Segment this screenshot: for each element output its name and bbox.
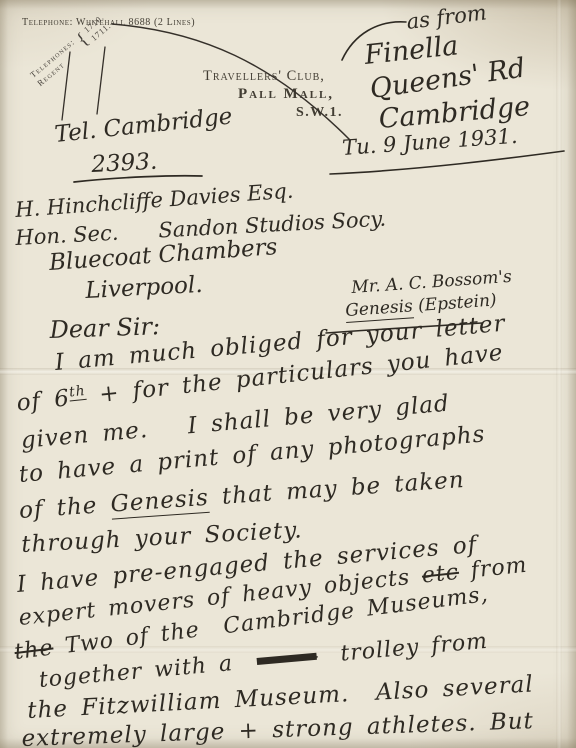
- letterhead-district: S.W.1.: [296, 105, 343, 121]
- scribbled-out-word: ———: [256, 644, 318, 674]
- ordinal-suffix: th: [68, 383, 86, 402]
- body-line-5-start: of the: [18, 492, 111, 524]
- stamp-strike-line-2: [97, 47, 105, 114]
- letterhead-club-name: Travellers' Club,: [203, 68, 325, 85]
- sender-telephone-line1: Tel. Cambridge: [54, 105, 234, 147]
- body-line-10-rest: trolley from: [316, 629, 489, 669]
- genesis-underlined: Genesis: [110, 485, 210, 520]
- body-line-2-start: of 6: [15, 385, 71, 416]
- recipient-role-gap: [118, 219, 159, 245]
- struck-word-etc: etc: [421, 560, 461, 589]
- fold-crease-vertical: [556, 0, 562, 748]
- letter-scan: Telephone: Whitehall 8688 (2 Lines) Tele…: [0, 0, 576, 748]
- sender-telephone-line2: 2393.: [91, 151, 158, 177]
- body-line-5-rest: that may be taken: [208, 467, 466, 511]
- recipient-address-line2: Liverpool.: [85, 274, 203, 303]
- letterhead-street: Pall Mall,: [238, 86, 334, 103]
- letter-date: Tu. 9 June 1931.: [342, 126, 519, 159]
- as-from-note: as from: [405, 2, 487, 33]
- struck-word-the: the: [13, 635, 55, 665]
- salutation: Dear Sir:: [49, 314, 160, 342]
